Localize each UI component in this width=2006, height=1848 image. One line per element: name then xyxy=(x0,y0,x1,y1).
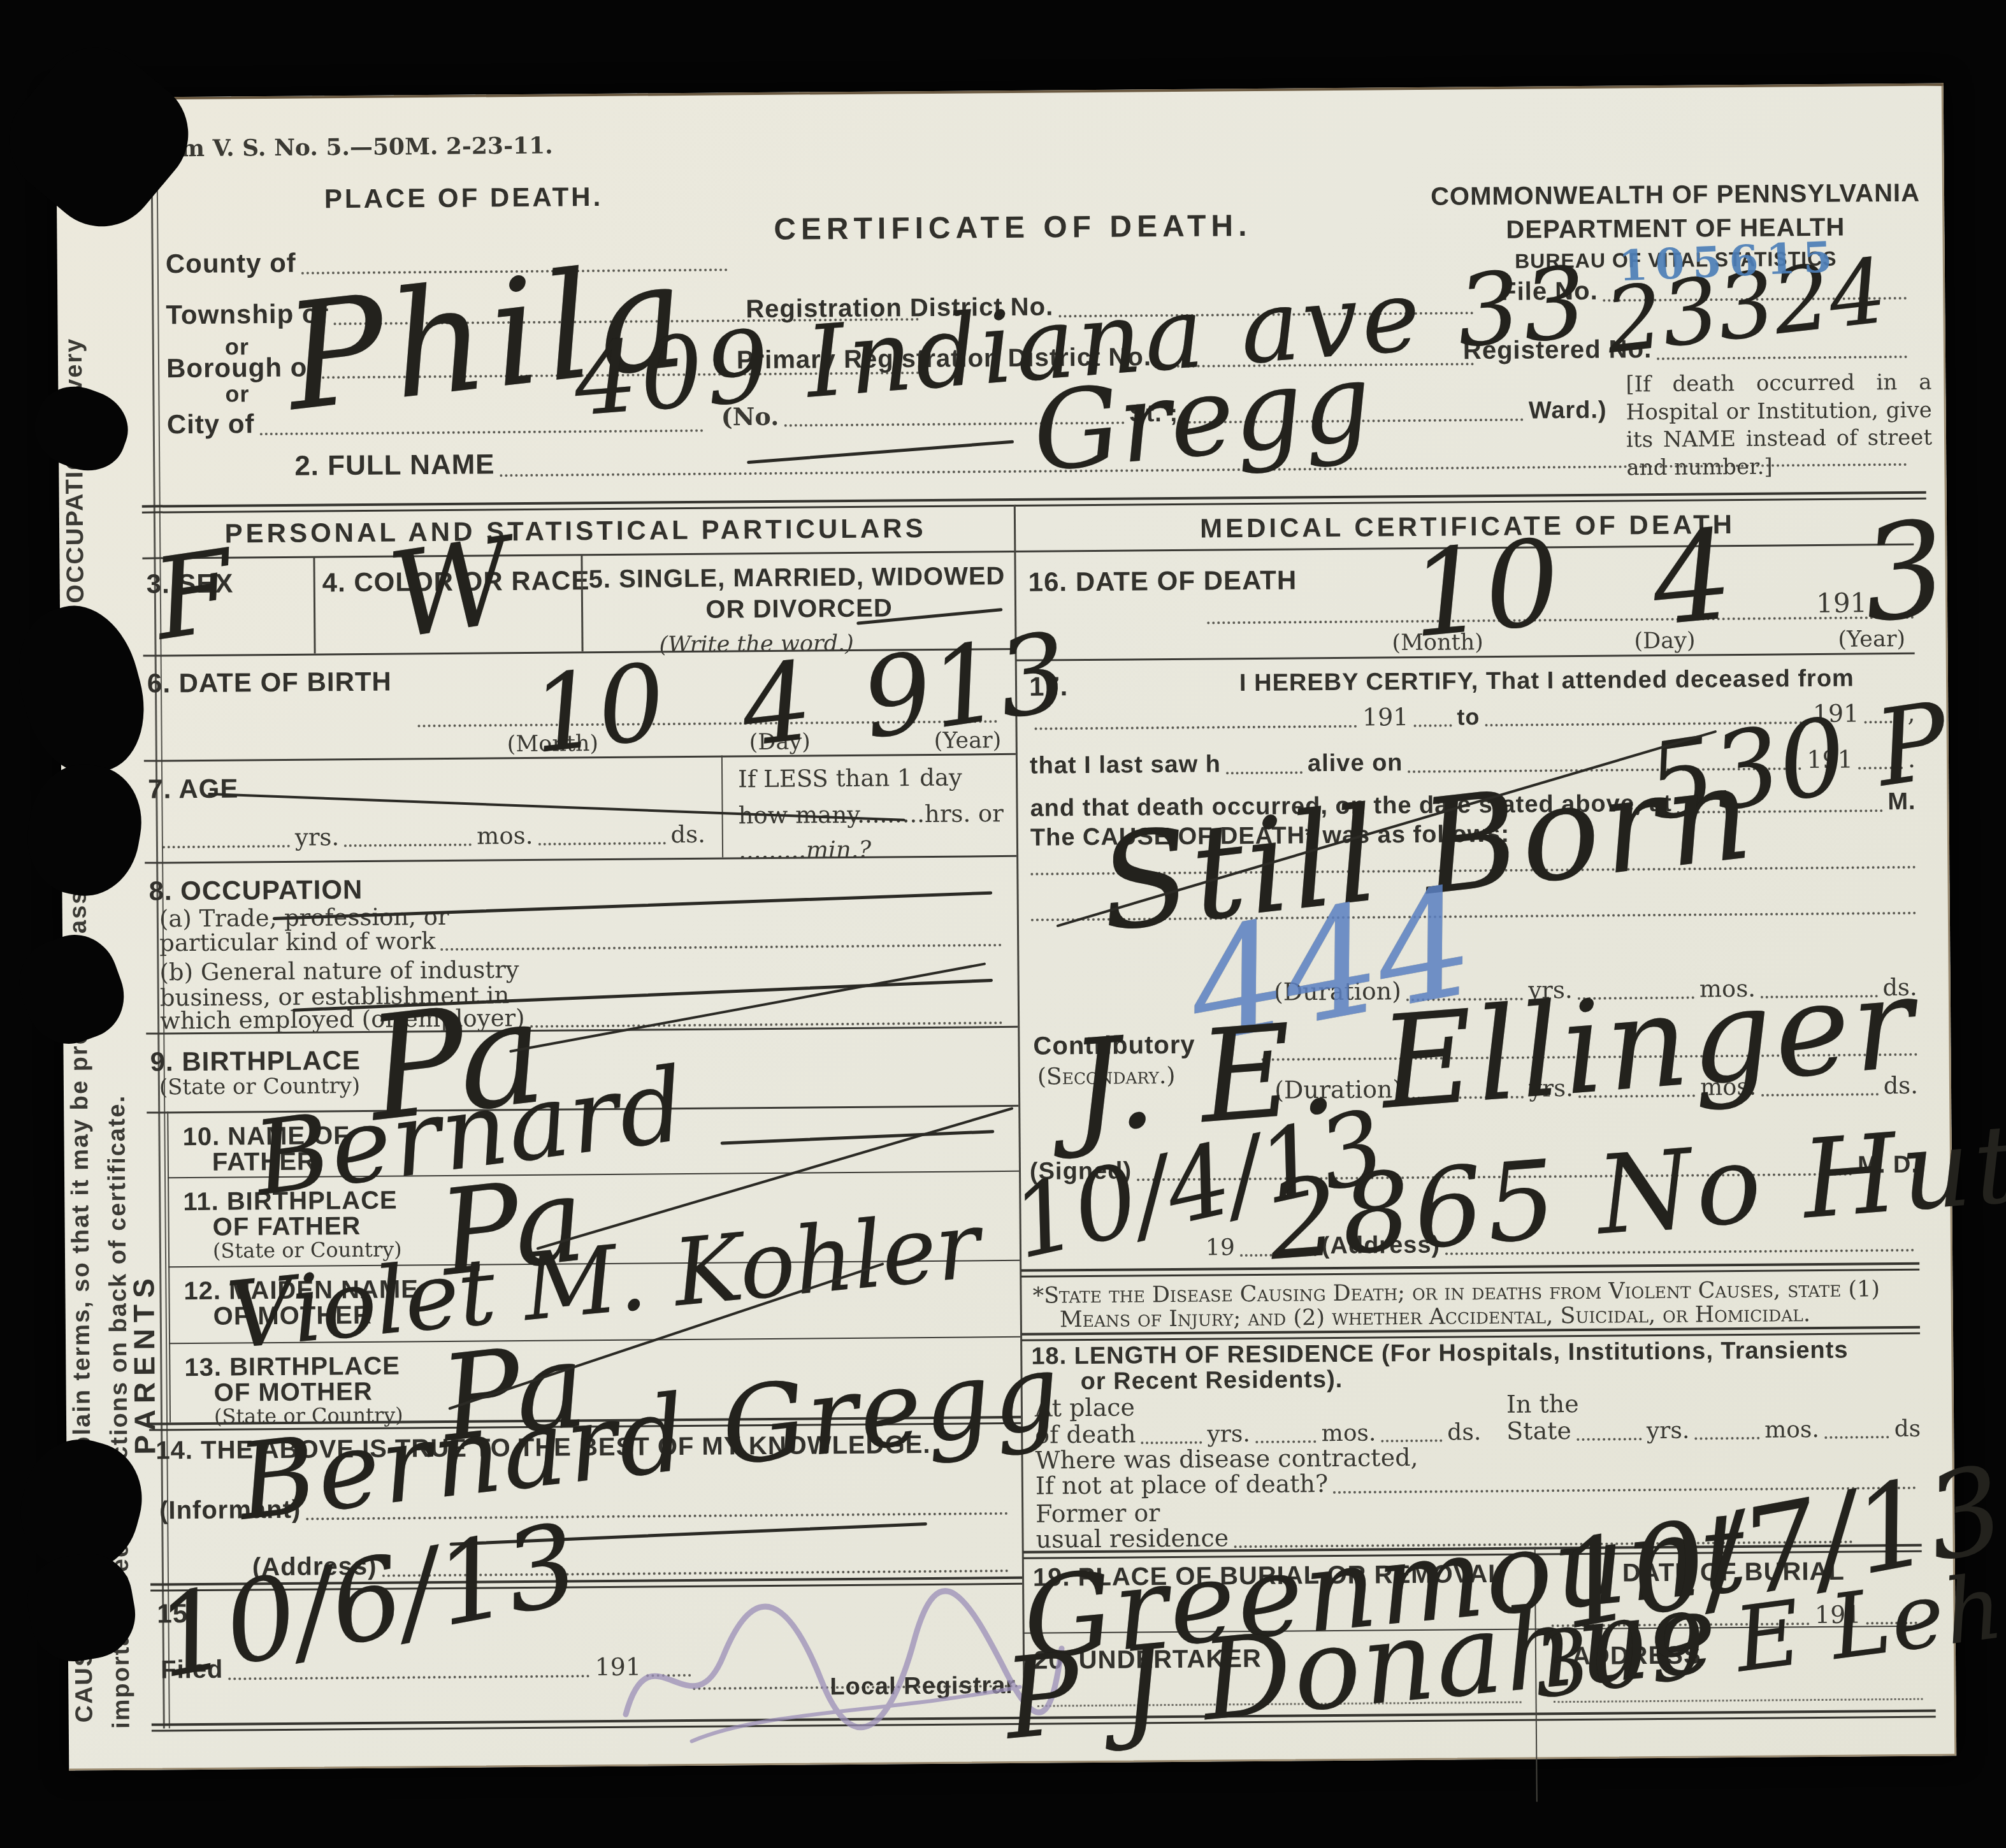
burial-date-label: DATE OF BURIAL xyxy=(1622,1557,1845,1588)
center-column-divider xyxy=(1014,505,1025,1719)
write-the-word-hint: (Write the word.) xyxy=(659,631,854,658)
month-caption: (Month) xyxy=(1392,630,1483,656)
sex-label: 3. SEX xyxy=(147,568,234,600)
full-name-label: 2. FULL NAME xyxy=(294,449,495,482)
signed-label: (Signed) xyxy=(1030,1157,1132,1185)
st-label: St. ; xyxy=(1129,400,1178,428)
commonwealth-line: COMMONWEALTH OF PENNSYLVANIA xyxy=(1395,178,1956,212)
pen-dash xyxy=(721,1130,995,1144)
to-label: to xyxy=(1457,704,1480,730)
dotted-line xyxy=(1058,311,1473,317)
informant-row: (Informant) xyxy=(159,1490,1013,1526)
state-text: State xyxy=(1506,1417,1571,1445)
township-label: Township of xyxy=(166,298,329,330)
county-row: County of xyxy=(166,244,733,279)
marital-label-line2: OR DIVORCED xyxy=(589,593,1009,625)
primary-registration-row: Primary Registration District No. xyxy=(737,340,1479,375)
dotted-line xyxy=(1413,723,1452,726)
registered-no-label: Registered No. xyxy=(1463,335,1652,365)
ds-label: ds. xyxy=(670,821,705,848)
dotted-line xyxy=(1577,1437,1642,1441)
ds-plain-label: ds xyxy=(1894,1416,1921,1442)
filed-label: Filed xyxy=(161,1656,224,1685)
row-rule xyxy=(147,1105,1018,1114)
burial-year-prefix: 191 xyxy=(1815,1600,1861,1629)
city-row: City of xyxy=(167,405,709,440)
year-blank: 191 xyxy=(1362,703,1409,732)
dotted-line xyxy=(1141,1441,1202,1445)
attended-dates-row: 191 to 191 , xyxy=(1029,699,1915,734)
dotted-line xyxy=(1262,1053,1918,1061)
blue-pencil-number: 444 xyxy=(1175,855,1486,1077)
yrs-label: yrs. xyxy=(295,823,340,851)
occupation-label: 8. OCCUPATION xyxy=(148,874,363,907)
day-caption: (Day) xyxy=(749,729,811,755)
pen-flourish xyxy=(536,1107,1013,1250)
mother-name-label2: OF MOTHER xyxy=(213,1301,372,1331)
meridiem-label: M. xyxy=(1887,788,1916,816)
mos-label: mos. xyxy=(477,822,533,850)
dotted-line xyxy=(229,1674,590,1680)
of-death-text: of death xyxy=(1035,1420,1136,1448)
not-at-place-text: If not at place of death? xyxy=(1035,1469,1329,1500)
dotted-line xyxy=(1578,996,1694,1000)
parents-vertical-label: PARENTS xyxy=(126,1180,162,1454)
county-label: County of xyxy=(166,248,296,280)
dotted-line xyxy=(162,844,290,849)
date-of-birth-label: 6. DATE OF BIRTH xyxy=(147,667,392,699)
at-place-text: At place xyxy=(1035,1393,1135,1422)
birthplace-label: 9. BIRTHPLACE xyxy=(150,1045,361,1078)
row-rule xyxy=(143,648,1015,657)
file-number-stamp: 105615 xyxy=(1617,232,1841,291)
less-than-day-line3: .........min.? xyxy=(739,835,1013,864)
dotted-line xyxy=(1226,770,1302,774)
mos-label: mos. xyxy=(1764,1417,1819,1443)
mos-label: mos. xyxy=(1699,975,1756,1003)
dotted-line xyxy=(1554,1698,1923,1703)
residence-label-line2: or Recent Residents). xyxy=(1080,1366,1343,1396)
ward-label: Ward.) xyxy=(1529,397,1607,425)
pen-dash xyxy=(449,1522,927,1546)
duration-label: (Duration) xyxy=(1274,977,1402,1006)
pen-flourish xyxy=(448,1262,884,1410)
last-saw-text: that I last saw h xyxy=(1030,751,1221,779)
father-name-label1: 10. NAME OF xyxy=(182,1122,350,1151)
dotted-line xyxy=(1183,418,1524,424)
dotted-line xyxy=(1037,1701,1522,1707)
state-or-country-caption: (State or Country) xyxy=(213,1237,402,1262)
dotted-line xyxy=(538,841,665,846)
secondary-caption: (Secondary.) xyxy=(1037,1063,1176,1090)
form-number: Form V. S. No. 5.—50M. 2-23-11. xyxy=(138,133,553,162)
place-of-death-label: PLACE OF DEATH. xyxy=(324,182,603,214)
right-section-header: MEDICAL CERTIFICATE OF DEATH xyxy=(1021,508,1914,545)
ds-label: ds. xyxy=(1883,1072,1918,1099)
certificate-photo: CAUSE OF DEATH in plain terms, so that i… xyxy=(0,0,2006,1848)
year-caption: (Year) xyxy=(1838,626,1905,653)
death-year-printed-prefix: 191 xyxy=(1816,587,1868,619)
yrs-label: yrs. xyxy=(1647,1418,1690,1445)
ds-label: ds. xyxy=(1882,974,1917,1001)
dotted-line xyxy=(1255,1440,1317,1443)
less-than-day-line1: If LESS than 1 day xyxy=(738,763,1012,793)
ds-label: ds. xyxy=(1447,1419,1481,1445)
informant-address-label: (Address) xyxy=(252,1552,377,1582)
marital-label-line1: 5. SINGLE, MARRIED, WIDOWED xyxy=(589,562,1009,594)
dotted-line xyxy=(1445,1248,1914,1255)
age-units-row: yrs. mos. ds. xyxy=(157,821,705,853)
dotted-line xyxy=(1694,1436,1759,1440)
father-birthplace-handwriting: Pa xyxy=(433,1150,591,1303)
left-section-header: PERSONAL AND STATISTICAL PARTICULARS xyxy=(142,512,1009,550)
duration-label: (Duration) xyxy=(1274,1075,1403,1104)
occupation-a-line2-row: particular kind of work xyxy=(159,923,1007,956)
age-label: 7. AGE xyxy=(148,773,239,804)
burial-column-divider xyxy=(1534,1547,1538,1802)
registrar-signature xyxy=(603,1553,1076,1779)
primary-registration-label: Primary Registration District No. xyxy=(737,343,1151,375)
death-occurred-row: and that death occurred, on the date sta… xyxy=(1030,788,1916,823)
cell-divider xyxy=(313,558,315,654)
dotted-line xyxy=(1240,1253,1317,1257)
yrs-label: yrs. xyxy=(1529,1074,1573,1102)
dotted-line xyxy=(1035,725,1357,730)
md-label: M. D. xyxy=(1858,1151,1919,1180)
row-rule xyxy=(1024,1626,1923,1634)
dotted-line xyxy=(1333,1486,1916,1494)
duration-row-1: (Duration) yrs. mos. ds. xyxy=(1274,973,1917,1006)
item-15-number: 15. xyxy=(157,1598,196,1629)
row-rule xyxy=(169,1336,1020,1344)
certificate-paper: CAUSE OF DEATH in plain terms, so that i… xyxy=(56,83,1957,1770)
dotted-line xyxy=(1603,296,1907,302)
dotted-line xyxy=(1381,1439,1442,1443)
dotted-line xyxy=(1864,720,1902,723)
registered-no-row: Registered No. xyxy=(1463,333,1912,366)
undertaker-address-label: ADDRESS xyxy=(1572,1641,1701,1671)
residence-state-row: State yrs. mos. ds xyxy=(1506,1414,1921,1445)
age-box-divider xyxy=(721,755,723,857)
dotted-line xyxy=(441,943,1002,951)
dotted-line xyxy=(1207,616,1914,624)
dotted-line xyxy=(1677,809,1882,814)
dotted-line xyxy=(260,429,704,435)
dotted-line xyxy=(1761,994,1877,998)
dotted-line xyxy=(1408,767,1802,773)
dotted-line xyxy=(1137,1173,1852,1181)
duration-row-2: (Duration) yrs. mos. ds. xyxy=(1274,1071,1918,1104)
period: . xyxy=(1908,745,1916,773)
dotted-line xyxy=(1406,997,1523,1001)
dotted-line xyxy=(301,268,728,274)
day-caption: (Day) xyxy=(1634,628,1695,654)
year-blank: 191 xyxy=(1807,746,1853,774)
year-caption: (Year) xyxy=(934,728,1002,754)
contributory-label: Contributory xyxy=(1033,1031,1195,1061)
informant-label: (Informant) xyxy=(159,1496,301,1526)
month-caption: (Month) xyxy=(507,731,599,757)
year-blank: 191 xyxy=(1813,699,1859,728)
signed-row: (Signed) M. D. xyxy=(1030,1151,1919,1186)
yrs-label: yrs. xyxy=(1528,976,1573,1004)
dotted-line xyxy=(1657,355,1907,360)
burial-place-label: 19. PLACE OF BURIAL OR REMOVAL xyxy=(1033,1560,1504,1592)
alive-on-text: alive on xyxy=(1308,749,1403,777)
comma: , xyxy=(1907,699,1915,727)
date-of-death-label: 16. DATE OF DEATH xyxy=(1028,565,1297,597)
state-or-country-caption: (State or Country) xyxy=(159,1073,361,1100)
residence-label-line1: 18. LENGTH OF RESIDENCE (For Hospitals, … xyxy=(1031,1337,1849,1371)
in-the-text: In the xyxy=(1506,1390,1579,1418)
dotted-line xyxy=(1031,912,1917,921)
dotted-line xyxy=(417,720,997,727)
mos-label: mos. xyxy=(1700,1073,1756,1101)
dotted-line xyxy=(1858,766,1903,770)
occupation-a-line2: particular kind of work xyxy=(159,927,436,956)
address-label: (Address) xyxy=(1322,1232,1441,1260)
death-occurred-text: and that death occurred, on the date sta… xyxy=(1030,790,1672,823)
color-race-label: 4. COLOR OR RACE xyxy=(322,565,590,598)
dotted-line xyxy=(1157,362,1474,368)
borough-label: Borough of xyxy=(166,352,317,384)
cause-of-death-label: The CAUSE OF DEATH* was as follows: xyxy=(1030,821,1510,852)
dotted-line xyxy=(1030,866,1916,876)
former-or-text: Former or xyxy=(1035,1499,1160,1528)
city-label: City of xyxy=(167,408,255,440)
informant-certify-label: 14. THE ABOVE IS TRUE TO THE BEST OF MY … xyxy=(155,1431,930,1466)
dotted-line xyxy=(1485,721,1807,726)
father-name-label2: FATHER xyxy=(212,1148,316,1177)
physician-address-row: 19 (Address) xyxy=(1206,1228,1919,1261)
street-ward-row: (No. St. ; Ward.) xyxy=(721,396,1607,431)
dotted-line xyxy=(1578,1094,1695,1098)
dotted-line xyxy=(1407,1095,1524,1099)
or-label-2: or xyxy=(225,380,249,407)
section-rule xyxy=(1021,1262,1919,1278)
dotted-line xyxy=(784,421,1124,427)
dotted-line xyxy=(344,843,472,848)
certificate-title: CERTIFICATE OF DEATH. xyxy=(630,207,1395,248)
dotted-line xyxy=(1866,1621,1917,1625)
registration-district-row: Registration District No. xyxy=(746,289,1478,324)
dotted-line xyxy=(306,1512,1008,1520)
mos-label: mos. xyxy=(1322,1420,1376,1447)
file-no-label: File No. xyxy=(1501,277,1598,307)
certify-attended-text: I HEREBY CERTIFY, That I attended deceas… xyxy=(1239,665,1854,698)
dotted-line xyxy=(1761,1092,1878,1096)
year-19-prefix: 19 xyxy=(1206,1234,1235,1260)
no-label: (No. xyxy=(721,402,779,431)
last-saw-row: that I last saw h alive on 191 . xyxy=(1030,745,1916,780)
yrs-label: yrs. xyxy=(1207,1421,1250,1448)
dotted-line xyxy=(1824,1435,1889,1439)
item-17-number: 17. xyxy=(1029,671,1069,702)
registration-district-label: Registration District No. xyxy=(746,292,1053,324)
